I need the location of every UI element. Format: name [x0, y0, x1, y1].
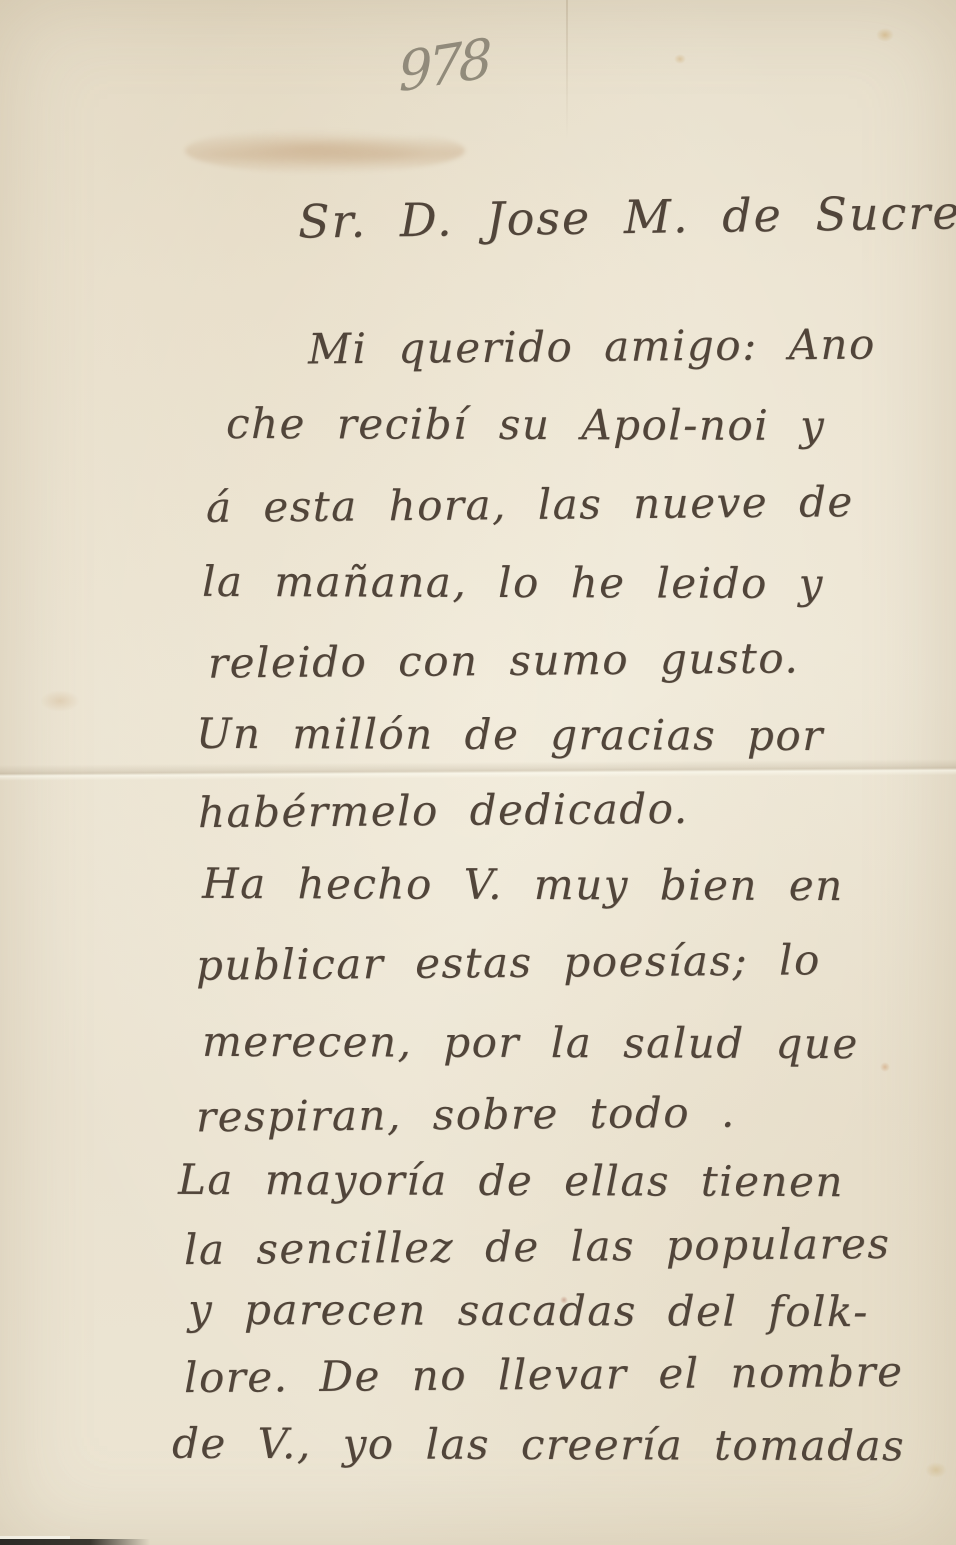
letter-line-12: La mayoría de ellas tienen [178, 1155, 844, 1206]
letter-line-6: Un millón de gracias por [196, 709, 824, 760]
paper-stain [674, 54, 686, 64]
top-vertical-crease [566, 0, 568, 140]
letter-line-9: publicar estas poesías; lo [196, 935, 821, 989]
salutation-line: Sr. D. Jose M. de Sucre [298, 185, 956, 248]
letter-page: 978 Sr. D. Jose M. de Sucre Mi querido a… [0, 0, 956, 1545]
letter-line-16: de V., yo las creería tomadas [172, 1419, 905, 1471]
ink-show-through-stain [185, 128, 465, 173]
letter-line-3: á esta hora, las nueve de [206, 477, 854, 532]
paper-stain [880, 1062, 890, 1072]
letter-line-7: habérmelo dedicado. [198, 784, 689, 837]
paper-stain [876, 28, 894, 42]
letter-line-10: merecen, por la salud que [202, 1017, 859, 1068]
letter-line-5: releido con sumo gusto. [208, 633, 800, 687]
letter-line-14: y parecen sacadas del folk- [188, 1285, 869, 1336]
letter-line-13: la sencillez de las populares [184, 1219, 891, 1274]
letter-line-4: la mañana, lo he leido y [202, 557, 824, 608]
letter-line-11: respiran, sobre todo . [196, 1088, 736, 1142]
letter-line-15: lore. De no llevar el nombre [184, 1347, 904, 1402]
fold-crease [0, 759, 956, 781]
letter-line-1: Mi querido amigo: Ano [308, 320, 876, 374]
page-bottom-edge [0, 1539, 150, 1545]
letter-line-2: che recibí su Apol-noi y [226, 399, 825, 450]
archival-number: 978 [398, 27, 489, 105]
paper-stain [40, 690, 80, 712]
letter-line-8: Ha hecho V. muy bien en [202, 859, 844, 910]
paper-stain [925, 1462, 947, 1478]
